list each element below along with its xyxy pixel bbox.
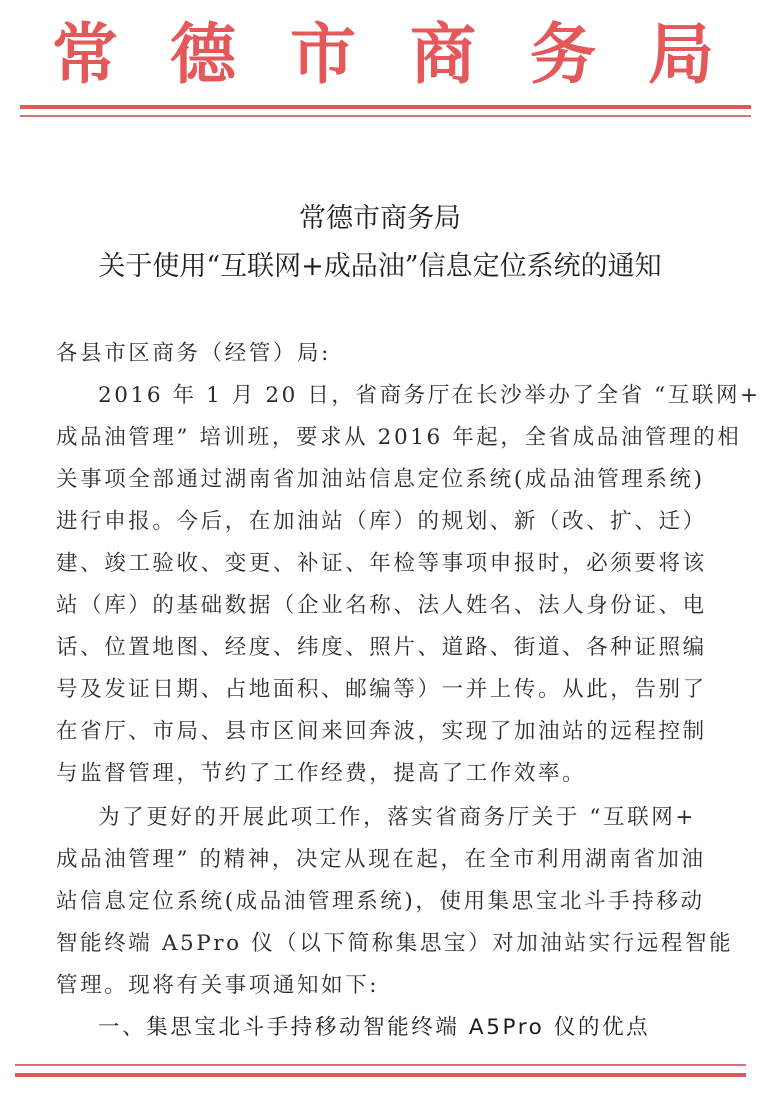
paragraph-line: 话、位置地图、经度、纬度、照片、道路、街道、各种证照编 (56, 630, 707, 661)
salutation: 各县市区商务（经管）局: (56, 336, 331, 367)
paragraph-line: 管理。现将有关事项通知如下: (56, 968, 379, 999)
paragraph-line: 2016 年 1 月 20 日，省商务厅在长沙举办了全省 “互联网+ (98, 378, 760, 409)
footer-rule-thick (15, 1073, 746, 1077)
paragraph-line: 成品油管理” 的精神，决定从现在起，在全市利用湖南省加油 (56, 842, 706, 873)
paragraph-line: 与监督管理，节约了工作经费，提高了工作效率。 (56, 756, 586, 787)
paragraph-line: 智能终端 A5Pro 仪（以下简称集思宝）对加油站实行远程智能 (56, 926, 733, 957)
paragraph-line: 建、竣工验收、变更、补证、年检等事项申报时，必须要将该 (56, 546, 707, 577)
section-heading: 一、集思宝北斗手持移动智能终端 A5Pro 仪的优点 (98, 1010, 650, 1041)
paragraph-line: 号及发证日期、占地面积、邮编等）一并上传。从此，告别了 (56, 672, 707, 703)
paragraph-line: 站（库）的基础数据（企业名称、法人姓名、法人身份证、电 (56, 588, 707, 619)
footer-rule-thin (15, 1064, 746, 1066)
paragraph-line: 关事项全部通过湖南省加油站信息定位系统(成品油管理系统) (56, 462, 705, 493)
paragraph-line: 为了更好的开展此项工作，落实省商务厅关于 “互联网+ (98, 800, 696, 831)
paragraph-line: 进行申报。今后，在加油站（库）的规划、新（改、扩、迁） (56, 504, 707, 535)
paragraph-line: 在省厅、市局、县市区间来回奔波，实现了加油站的远程控制 (56, 714, 707, 745)
document-body: 各县市区商务（经管）局: 2016 年 1 月 20 日，省商务厅在长沙举办了全… (56, 0, 716, 1104)
paragraph-line: 成品油管理” 培训班，要求从 2016 年起，全省成品油管理的相 (56, 420, 741, 451)
paragraph-line: 站信息定位系统(成品油管理系统)，使用集思宝北斗手持移动 (56, 884, 705, 915)
